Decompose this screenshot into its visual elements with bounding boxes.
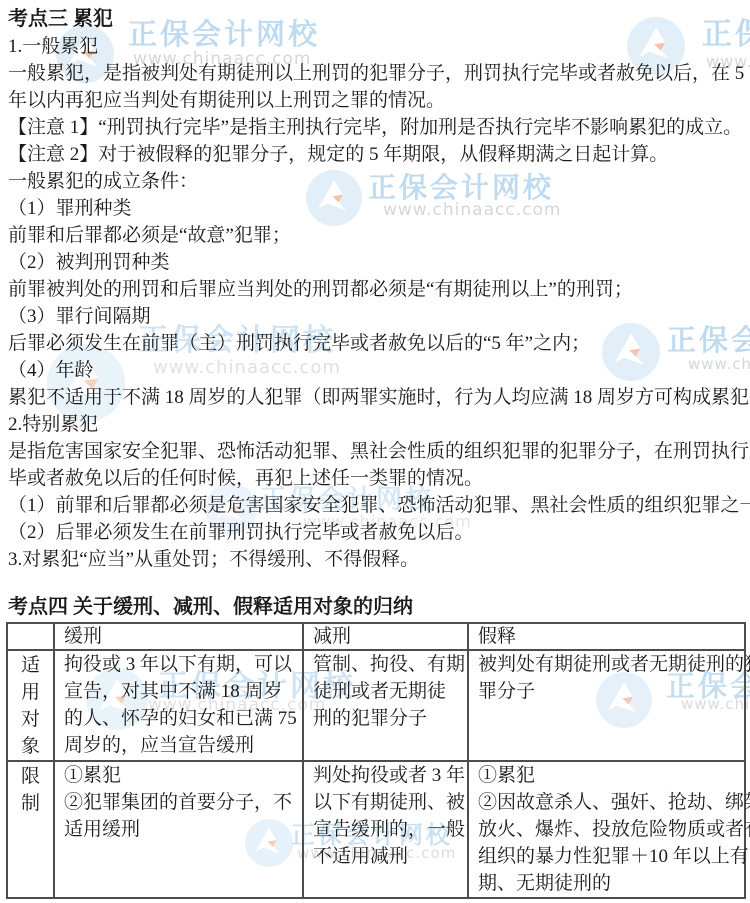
- row-label-char: 适: [8, 652, 53, 679]
- cell-line: 被判处有期徒刑或者无期徒刑的犯: [478, 651, 740, 678]
- document-page: 正保会计网校www.chinaacc.com正保会计网校www.chinaacc…: [0, 0, 750, 903]
- text-line: （2）后罪必须发生在前罪刑罚执行完毕或者赦免以后。: [8, 519, 750, 546]
- table-cell: ①累犯②因故意杀人、强奸、抢劫、绑架、放火、爆炸、投放危险物质或者有组织的暴力性…: [468, 761, 745, 898]
- cell-line: ①累犯: [64, 762, 298, 789]
- cell-line: 宣告缓刑的，一般: [313, 816, 463, 843]
- text-line: 一般累犯的成立条件：: [8, 168, 750, 195]
- cell-line: 拘役或 3 年以下有期，可以: [64, 651, 298, 678]
- cell-line: 放火、爆炸、投放危险物质或者有: [478, 816, 740, 843]
- text-line: （4）年龄: [8, 357, 750, 384]
- cell-line: 以下有期徒刑、被: [313, 789, 463, 816]
- table-header-row: 缓刑减刑假释: [7, 623, 745, 650]
- section-heading: 考点三 累犯: [8, 6, 750, 33]
- text-line: 一般累犯，是指被判处有期徒刑以上刑罚的犯罪分子，刑罚执行完毕或者赦免以后，在 5: [8, 60, 750, 87]
- table-row: 适用对象拘役或 3 年以下有期，可以宣告，对其中不满 18 周岁的人、怀孕的妇女…: [7, 650, 745, 761]
- table-row: 限制①累犯②犯罪集团的首要分子，不适用缓刑判处拘役或者 3 年以下有期徒刑、被宣…: [7, 761, 745, 898]
- table-header-缓刑: 缓刑: [54, 623, 303, 650]
- cell-line: 适用缓刑: [64, 816, 298, 843]
- cell-line: 周岁的，应当宣告缓刑: [64, 732, 298, 759]
- text-line: 累犯不适用于不满 18 周岁的人犯罪（即两罪实施时，行为人均应满 18 周岁方可…: [8, 384, 750, 411]
- cell-line: ②因故意杀人、强奸、抢劫、绑架、: [478, 789, 740, 816]
- text-line: 毕或者赦免以后的任何时候，再犯上述任一类罪的情况。: [8, 465, 750, 492]
- cell-line: 期、无期徒刑的: [478, 870, 740, 897]
- cell-line: 不适用减刑: [313, 843, 463, 870]
- cell-line: 组织的暴力性犯罪＋10 年以上有: [478, 843, 740, 870]
- table-cell: 管制、拘役、有期徒刑或者无期徒刑的犯罪分子: [303, 650, 468, 761]
- text-line: 后罪必须发生在前罪（主）刑罚执行完毕或者赦免以后的“5 年”之内；: [8, 330, 750, 357]
- text-line: 前罪和后罪都必须是“故意”犯罪；: [8, 222, 750, 249]
- table-cell: 被判处有期徒刑或者无期徒刑的犯罪分子: [468, 650, 745, 761]
- table-header-empty: [7, 623, 54, 650]
- row-label-char: 限: [8, 763, 53, 790]
- table-cell: 判处拘役或者 3 年以下有期徒刑、被宣告缓刑的，一般不适用减刑: [303, 761, 468, 898]
- table-cell: 拘役或 3 年以下有期，可以宣告，对其中不满 18 周岁的人、怀孕的妇女和已满 …: [54, 650, 303, 761]
- cell-line: 管制、拘役、有期: [313, 651, 463, 678]
- row-label-char: 对: [8, 706, 53, 733]
- row-label: 适用对象: [7, 650, 54, 761]
- table-cell: ①累犯②犯罪集团的首要分子，不适用缓刑: [54, 761, 303, 898]
- table-header-假释: 假释: [468, 623, 745, 650]
- text-line: （2）被判刑罚种类: [8, 249, 750, 276]
- text-line: （1）罪刑种类: [8, 195, 750, 222]
- cell-line: 判处拘役或者 3 年: [313, 762, 463, 789]
- text-line: 是指危害国家安全犯罪、恐怖活动犯罪、黑社会性质的组织犯罪的犯罪分子，在刑罚执行完: [8, 438, 750, 465]
- text-line: 2.特别累犯: [8, 411, 750, 438]
- row-label-char: 制: [8, 790, 53, 817]
- text-line: 【注意 1】“刑罚执行完毕”是指主刑执行完毕，附加刑是否执行完毕不影响累犯的成立…: [8, 114, 750, 141]
- table-header-减刑: 减刑: [303, 623, 468, 650]
- cell-line: 徒刑或者无期徒: [313, 678, 463, 705]
- cell-line: 的人、怀孕的妇女和已满 75: [64, 705, 298, 732]
- cell-line: ①累犯: [478, 762, 740, 789]
- text-line: 1.一般累犯: [8, 33, 750, 60]
- section-title-kaodian4: 考点四 关于缓刑、减刑、假释适用对象的归纳: [8, 594, 413, 621]
- text-line: 前罪被判处的刑罚和后罪应当判处的刑罚都必须是“有期徒刑以上”的刑罚；: [8, 276, 750, 303]
- row-label-char: 用: [8, 679, 53, 706]
- cell-line: ②犯罪集团的首要分子，不: [64, 789, 298, 816]
- text-line: 3.对累犯“应当”从重处罚；不得缓刑、不得假释。: [8, 546, 750, 573]
- cell-line: 刑的犯罪分子: [313, 705, 463, 732]
- summary-table: 缓刑减刑假释 适用对象拘役或 3 年以下有期，可以宣告，对其中不满 18 周岁的…: [6, 622, 746, 899]
- text-line: 【注意 2】对于被假释的犯罪分子，规定的 5 年期限，从假释期满之日起计算。: [8, 141, 750, 168]
- cell-line: 罪分子: [478, 678, 740, 705]
- row-label-char: 象: [8, 733, 53, 760]
- content-text: 考点三 累犯1.一般累犯一般累犯，是指被判处有期徒刑以上刑罚的犯罪分子，刑罚执行…: [8, 6, 750, 573]
- text-line: 年以内再犯应当判处有期徒刑以上刑罚之罪的情况。: [8, 87, 750, 114]
- text-line: （3）罪行间隔期: [8, 303, 750, 330]
- row-label: 限制: [7, 761, 54, 898]
- cell-line: 宣告，对其中不满 18 周岁: [64, 678, 298, 705]
- text-line: （1）前罪和后罪都必须是危害国家安全犯罪、恐怖活动犯罪、黑社会性质的组织犯罪之一…: [8, 492, 750, 519]
